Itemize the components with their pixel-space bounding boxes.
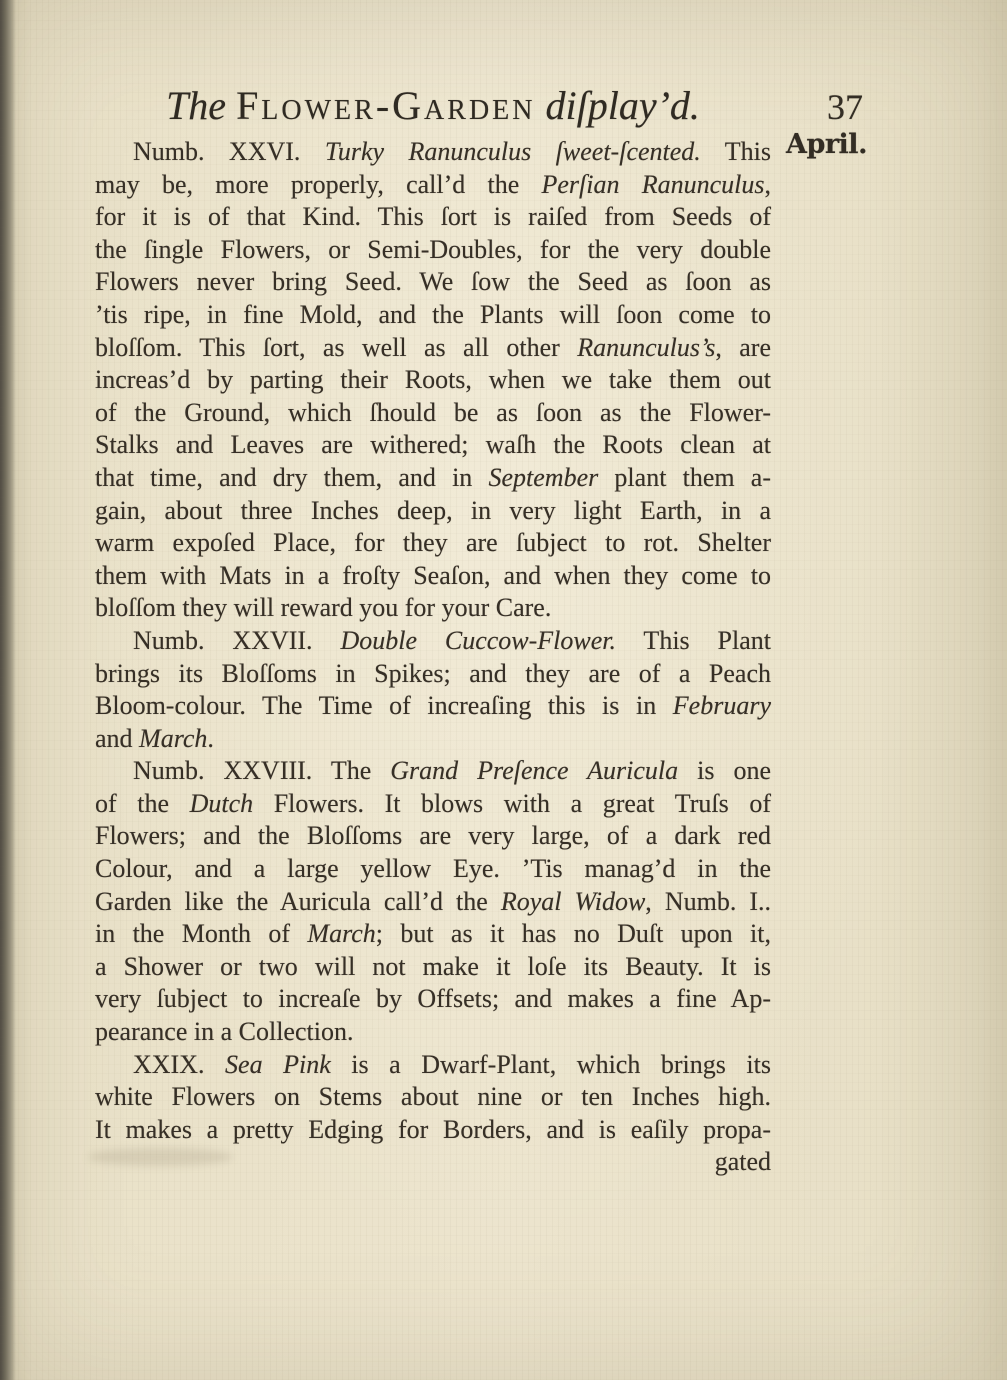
text-segment: This Plant bbox=[616, 626, 771, 655]
text-line: of the Dutch Flowers. It blows with a gr… bbox=[95, 788, 771, 821]
text-line: a Shower or two will not make it loſe it… bbox=[95, 951, 771, 984]
text-line: gain, about three Inches deep, in very l… bbox=[95, 495, 771, 528]
running-title-main: Flower-Garden bbox=[236, 83, 535, 128]
text-segment: Numb. XXVII. bbox=[133, 626, 340, 655]
text-segment: , are bbox=[715, 333, 771, 362]
text-line: that time, and dry them, and in Septembe… bbox=[95, 462, 771, 495]
italic-text-segment: March bbox=[307, 919, 375, 948]
text-segment: plant them a- bbox=[598, 463, 771, 492]
text-segment: them with Mats in a froſty Seaſon, and w… bbox=[95, 561, 771, 590]
text-segment: in the Month of bbox=[95, 919, 307, 948]
text-line: Bloom-colour. The Time of increaſing thi… bbox=[95, 690, 771, 723]
italic-text-segment: March bbox=[139, 724, 207, 753]
text-segment: of the Ground, which ſhould be as ſoon a… bbox=[95, 398, 771, 427]
text-segment: and bbox=[95, 724, 139, 753]
running-title-suffix: diſplay’d. bbox=[546, 83, 700, 128]
text-line: Numb. XXVII. Double Cuccow-Flower. This … bbox=[95, 625, 771, 658]
text-segment: It makes a pretty Edging for Borders, an… bbox=[95, 1115, 771, 1144]
text-segment: pearance in a Collection. bbox=[95, 1017, 353, 1046]
body-text: Numb. XXVI. Turky Ranunculus ſweet-ſcent… bbox=[95, 136, 771, 1146]
text-line: Garden like the Auricula call’d the Roya… bbox=[95, 886, 771, 919]
text-segment: Numb. XXVIII. The bbox=[133, 756, 390, 785]
book-page-scan: TheFlower-Gardendiſplay’d. 37 April. Num… bbox=[0, 0, 1007, 1380]
text-segment: may be, more properly, call’d the bbox=[95, 170, 542, 199]
text-segment: warm expoſed Place, for they are ſubject… bbox=[95, 528, 771, 557]
text-segment: brings its Bloſſoms in Spikes; and they … bbox=[95, 659, 771, 688]
page-left-edge-shadow bbox=[0, 0, 16, 1380]
text-segment: of the bbox=[95, 789, 190, 818]
text-line: Colour, and a large yellow Eye. ’Tis man… bbox=[95, 853, 771, 886]
text-segment: Numb. XXVI. bbox=[133, 137, 325, 166]
text-line: them with Mats in a froſty Seaſon, and w… bbox=[95, 560, 771, 593]
italic-text-segment: Sea Pink bbox=[225, 1050, 331, 1079]
text-line: may be, more properly, call’d the Perſia… bbox=[95, 169, 771, 202]
italic-text-segment: Royal Widow bbox=[501, 887, 645, 916]
text-segment: Stalks and Leaves are withered; waſh the… bbox=[95, 430, 771, 459]
text-segment: gain, about three Inches deep, in very l… bbox=[95, 496, 771, 525]
text-line: ’tis ripe, in fine Mold, and the Plants … bbox=[95, 299, 771, 332]
text-line: It makes a pretty Edging for Borders, an… bbox=[95, 1114, 771, 1147]
text-line: warm expoſed Place, for they are ſubject… bbox=[95, 527, 771, 560]
text-line: brings its Bloſſoms in Spikes; and they … bbox=[95, 658, 771, 691]
text-segment: This bbox=[701, 137, 771, 166]
running-title-prefix: The bbox=[166, 83, 226, 128]
text-segment: is a Dwarf-Plant, which brings its bbox=[331, 1050, 771, 1079]
text-segment: Flowers; and the Bloſſoms are very large… bbox=[95, 821, 771, 850]
text-segment: ’tis ripe, in fine Mold, and the Plants … bbox=[95, 300, 771, 329]
text-line: Stalks and Leaves are withered; waſh the… bbox=[95, 429, 771, 462]
italic-text-segment: Grand Preſence Auricula bbox=[390, 756, 678, 785]
text-line: Numb. XXVI. Turky Ranunculus ſweet-ſcent… bbox=[95, 136, 771, 169]
text-segment: that time, and dry them, and in bbox=[95, 463, 488, 492]
text-segment: very ſubject to increaſe by Offsets; and… bbox=[95, 984, 771, 1013]
text-segment: Flowers. It blows with a great Truſs of bbox=[253, 789, 771, 818]
text-line: pearance in a Collection. bbox=[95, 1016, 771, 1049]
text-segment: , bbox=[765, 170, 772, 199]
italic-text-segment: Turky Ranunculus ſweet-ſcented. bbox=[325, 137, 701, 166]
text-column: Numb. XXVI. Turky Ranunculus ſweet-ſcent… bbox=[95, 136, 771, 1179]
text-segment: . bbox=[207, 724, 214, 753]
text-segment: XXIX. bbox=[133, 1050, 225, 1079]
text-segment: Garden like the Auricula call’d the bbox=[95, 887, 501, 916]
page-number: 37 bbox=[827, 86, 863, 128]
italic-text-segment: Ranunculus’s bbox=[577, 333, 715, 362]
italic-text-segment: Dutch bbox=[190, 789, 254, 818]
italic-text-segment: February bbox=[673, 691, 771, 720]
text-segment: bloſſom they will reward you for your Ca… bbox=[95, 593, 551, 622]
text-line: bloſſom they will reward you for your Ca… bbox=[95, 592, 771, 625]
text-segment: white Flowers on Stems about nine or ten… bbox=[95, 1082, 771, 1111]
text-segment: for it is of that Kind. This ſort is rai… bbox=[95, 202, 771, 231]
text-segment: Colour, and a large yellow Eye. ’Tis man… bbox=[95, 854, 771, 883]
text-segment: ; but as it has no Duſt upon it, bbox=[376, 919, 771, 948]
text-line: Flowers never bring Seed. We ſow the See… bbox=[95, 266, 771, 299]
text-line: and March. bbox=[95, 723, 771, 756]
italic-text-segment: Double Cuccow-Flower. bbox=[340, 626, 616, 655]
text-line: very ſubject to increaſe by Offsets; and… bbox=[95, 983, 771, 1016]
text-segment: a Shower or two will not make it loſe it… bbox=[95, 952, 771, 981]
text-line: Flowers; and the Bloſſoms are very large… bbox=[95, 820, 771, 853]
text-line: Numb. XXVIII. The Grand Preſence Auricul… bbox=[95, 755, 771, 788]
text-segment: Flowers never bring Seed. We ſow the See… bbox=[95, 267, 771, 296]
text-line: white Flowers on Stems about nine or ten… bbox=[95, 1081, 771, 1114]
text-segment: is one bbox=[678, 756, 771, 785]
running-head: TheFlower-Gardendiſplay’d. bbox=[95, 82, 771, 129]
italic-text-segment: September bbox=[488, 463, 598, 492]
text-line: in the Month of March; but as it has no … bbox=[95, 918, 771, 951]
text-line: increas’d by parting their Roots, when w… bbox=[95, 364, 771, 397]
text-segment: increas’d by parting their Roots, when w… bbox=[95, 365, 771, 394]
text-line: XXIX. Sea Pink is a Dwarf-Plant, which b… bbox=[95, 1049, 771, 1082]
text-line: bloſſom. This ſort, as well as all other… bbox=[95, 332, 771, 365]
text-segment: Bloom-colour. The Time of increaſing thi… bbox=[95, 691, 673, 720]
margin-note-month: April. bbox=[786, 129, 867, 160]
text-segment: bloſſom. This ſort, as well as all other bbox=[95, 333, 577, 362]
text-line: for it is of that Kind. This ſort is rai… bbox=[95, 201, 771, 234]
italic-text-segment: Perſian Ranunculus bbox=[542, 170, 765, 199]
show-through-smudge bbox=[88, 1148, 233, 1166]
text-segment: the ſingle Flowers, or Semi-Doubles, for… bbox=[95, 235, 771, 264]
text-segment: , Numb. I.. bbox=[645, 887, 771, 916]
text-line: the ſingle Flowers, or Semi-Doubles, for… bbox=[95, 234, 771, 267]
text-line: of the Ground, which ſhould be as ſoon a… bbox=[95, 397, 771, 430]
